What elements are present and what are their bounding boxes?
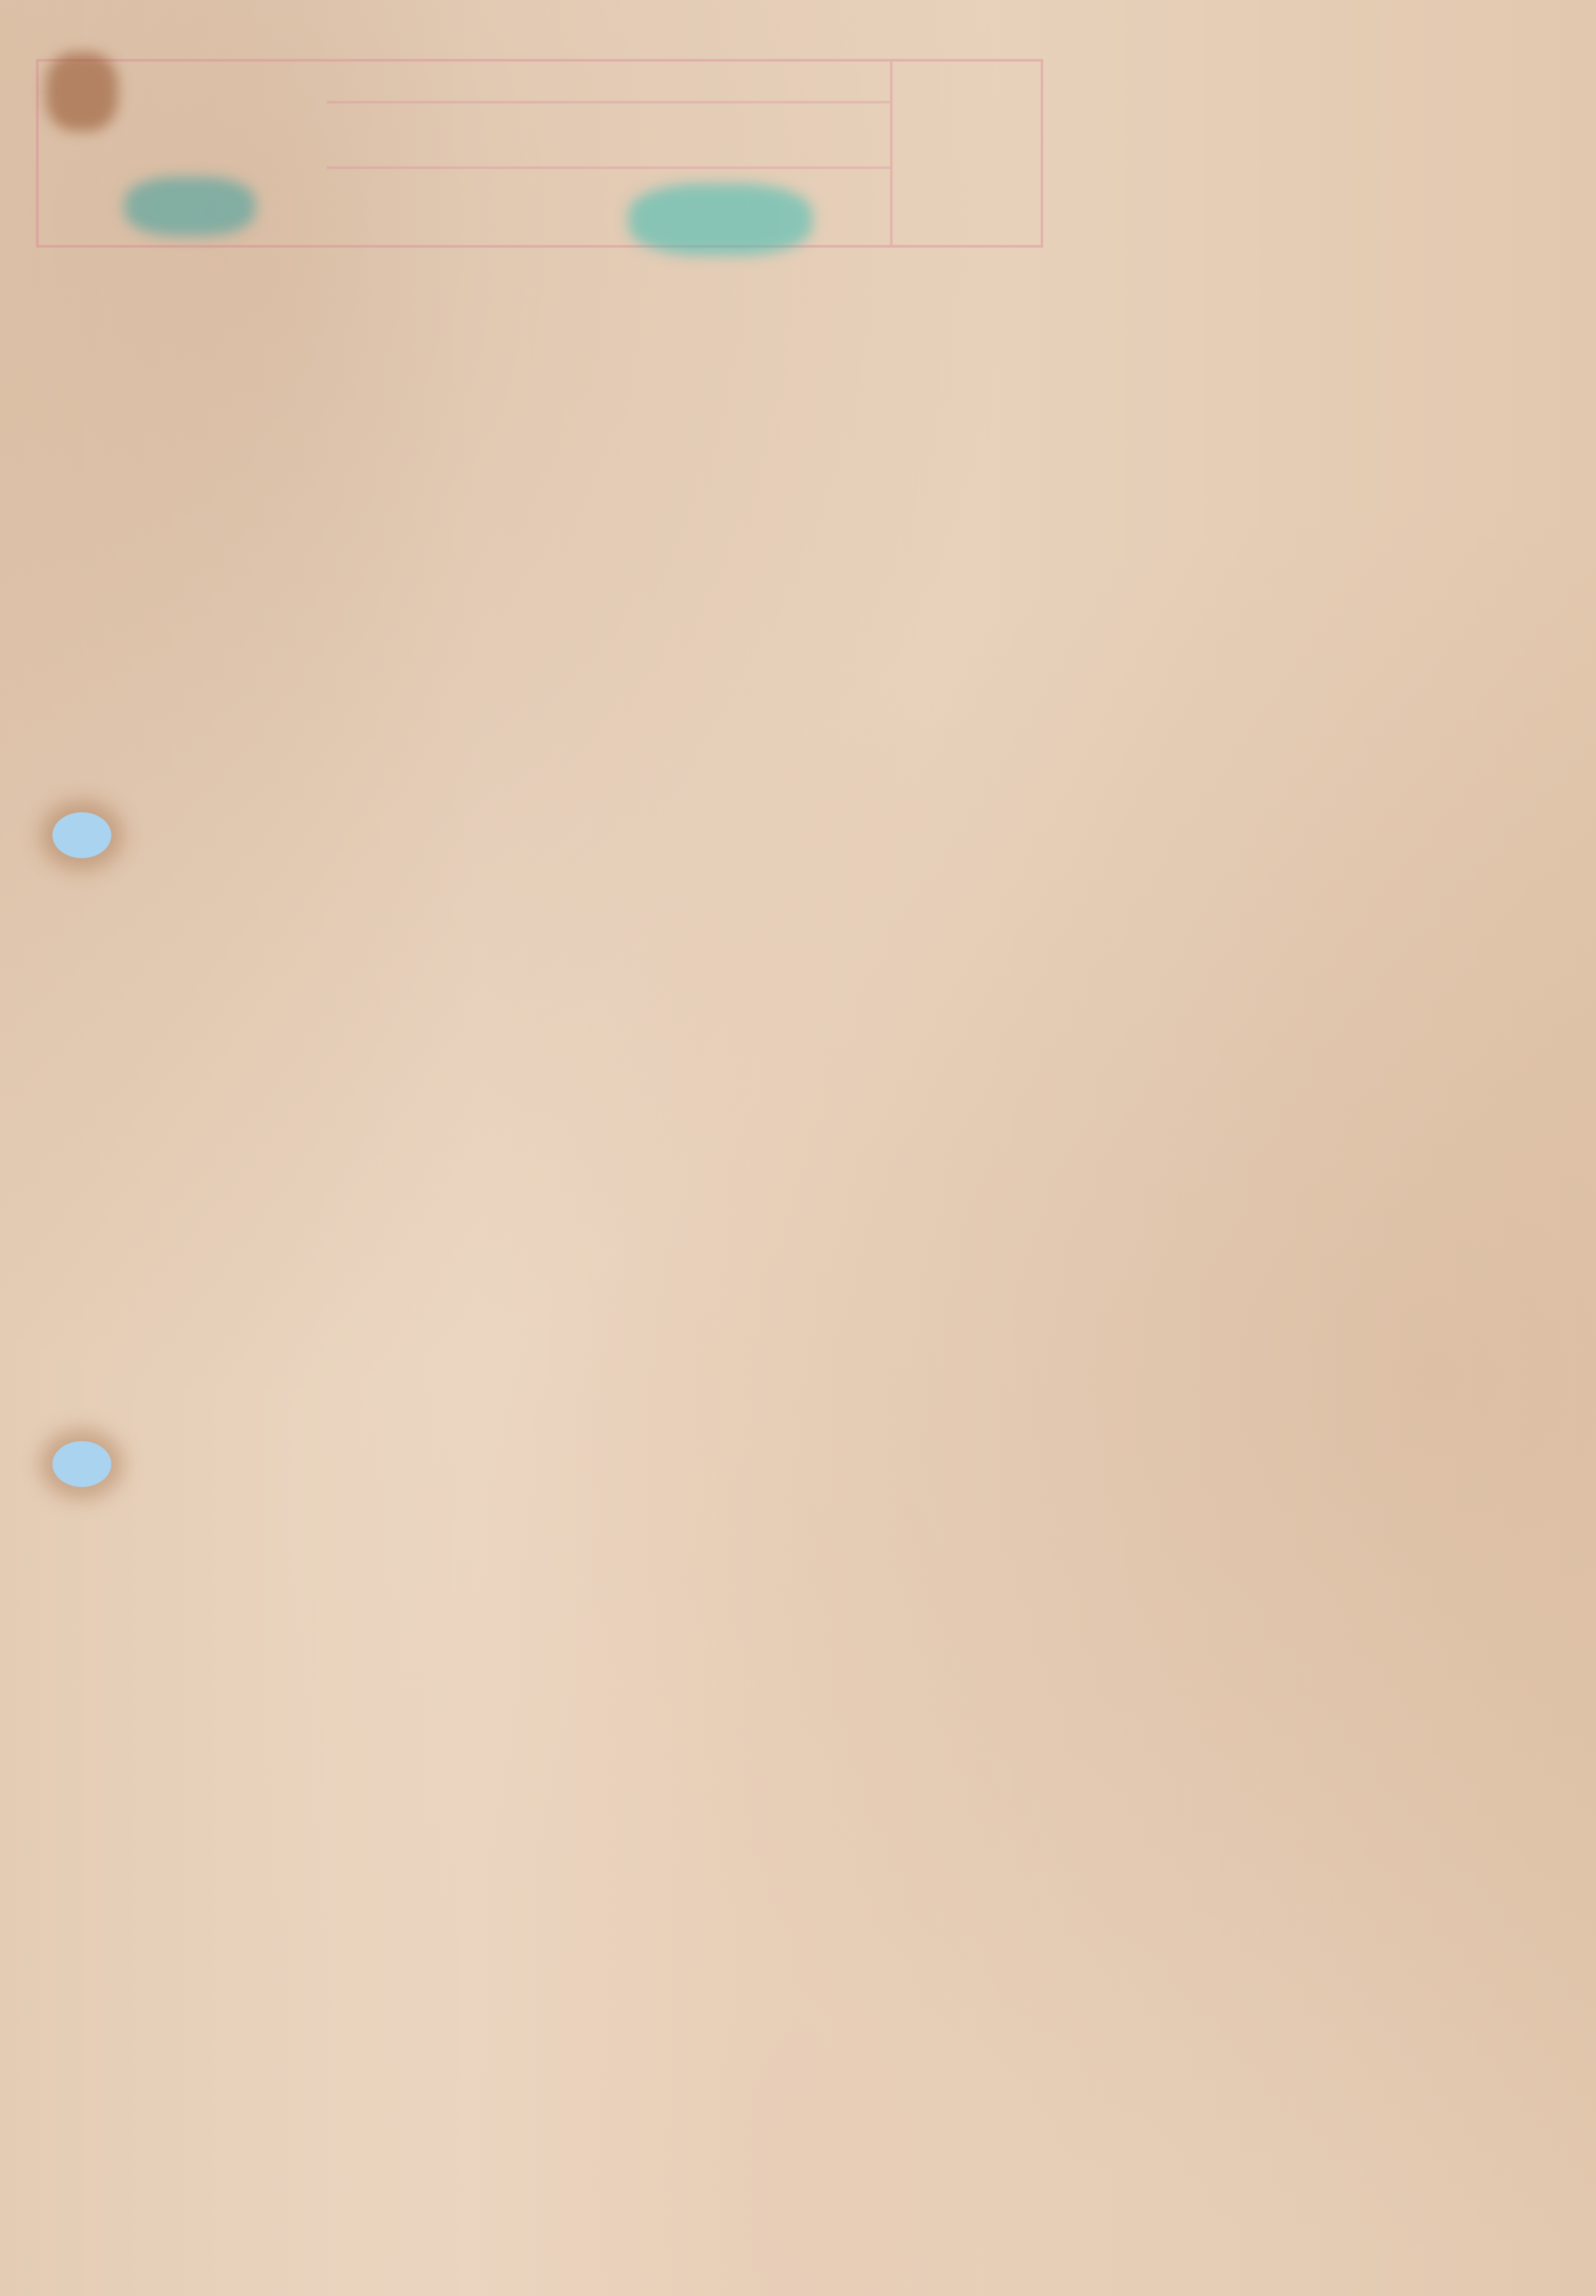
teal-ink-blot [629,183,812,255]
rust-stain [46,52,118,131]
punch-hole [52,1441,111,1487]
punch-hole [52,812,111,858]
teal-ink-blot [124,177,255,236]
document-page [0,0,1596,2296]
